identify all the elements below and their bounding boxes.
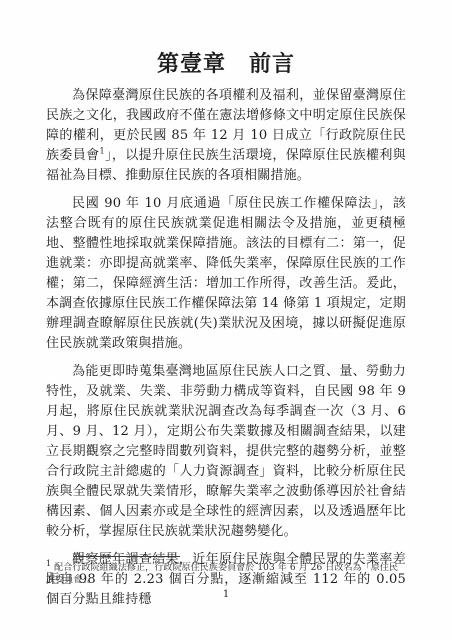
paragraph: 為能更即時蒐集臺灣地區原住民族人口之質、量、勞動力特性，及就業、失業、非勞動力構… <box>46 362 406 542</box>
chapter-title: 第壹章 前言 <box>46 48 406 80</box>
footnote-separator-rule <box>74 556 180 557</box>
footnote-text: 1 配合行政院組織法修正，行政院原住民族委員會於 103 年 6 月 26 日改… <box>46 562 406 586</box>
text-run: 為能更即時蒐集臺灣地區原住民族人口之質、量、勞動力特性，及就業、失業、非勞動力構… <box>46 364 406 539</box>
text-run: 民國 90 年 10 月底通過「原住民族工作權保障法」，該法整合既有的原住民族就… <box>46 196 406 351</box>
text-run: 配合行政院組織法修正，行政院原住民族委員會於 103 年 6 月 26 日改名為… <box>46 563 398 585</box>
footnote-area: 1 配合行政院組織法修正，行政院原住民族委員會於 103 年 6 月 26 日改… <box>46 556 406 600</box>
document-page: 第壹章 前言 為保障臺灣原住民族的各項權利及福利，並保留臺灣原住民族之文化，我國… <box>0 0 452 640</box>
paragraph: 民國 90 年 10 月底通過「原住民族工作權保障法」，該法整合既有的原住民族就… <box>46 194 406 354</box>
document-body: 為保障臺灣原住民族的各項權利及福利，並保留臺灣原住民族之文化，我國政府不僅在憲法… <box>46 86 406 610</box>
paragraph: 為保障臺灣原住民族的各項權利及福利，並保留臺灣原住民族之文化，我國政府不僅在憲法… <box>46 86 406 186</box>
page-number: 1 <box>46 589 406 600</box>
